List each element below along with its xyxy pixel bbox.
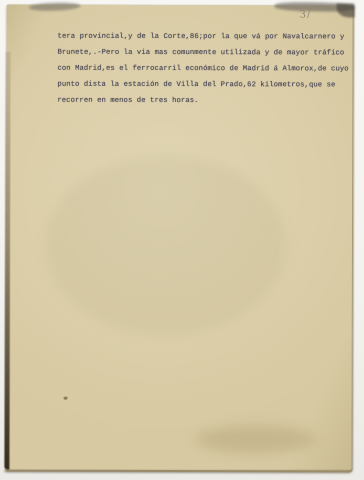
page-number: 3/ [299,9,311,21]
ink-speck [64,397,68,400]
typed-line-3: con Madrid,es el ferrocarril económico d… [57,61,349,78]
typed-text-block: tera provincial,y de la Corte,86;por la … [57,29,349,110]
top-edge-smudge-left [28,2,80,12]
top-right-corner-stain [337,3,355,17]
scanned-page-background: 3/ tera provincial,y de la Corte,86;por … [0,0,364,480]
typed-line-4: punto dista la estación de Villa del Pra… [57,77,349,94]
typed-line-1: tera provincial,y de la Corte,86;por la … [58,29,350,46]
paper-stain-bottom [195,425,315,453]
paper-discoloration [46,155,286,336]
typed-line-5: recorren en menos de tres horas. [57,93,349,110]
binding-edge-shadow [4,51,10,470]
typed-line-2: Brunete,.-Pero la via mas comunmente uti… [57,45,349,62]
paper-sheet: 3/ tera provincial,y de la Corte,86;por … [5,5,353,473]
paper-drop-shadow [4,470,352,473]
